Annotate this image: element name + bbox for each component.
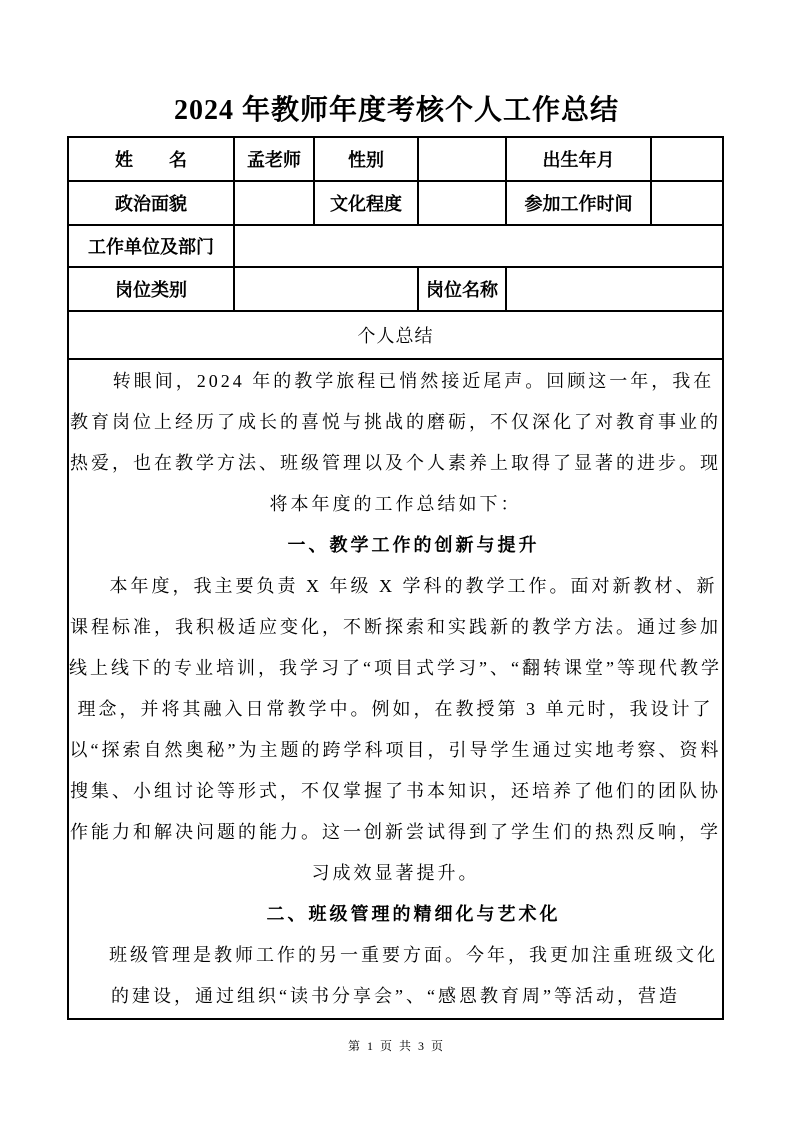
name-label-cell: 姓 名: [68, 137, 234, 181]
summary-header: 个人总结: [68, 311, 723, 359]
name-value-cell: 孟老师: [234, 137, 314, 181]
table-row-post: 岗位类别 岗位名称: [68, 267, 723, 311]
political-status-value-cell: [234, 181, 314, 225]
info-table: 姓 名 孟老师 性别 出生年月 政治面貌 文化程度 参加工作时间 工作单位及部门: [67, 136, 724, 1020]
birth-date-value-cell: [651, 137, 723, 181]
gender-value-cell: [418, 137, 506, 181]
post-type-label-cell: 岗位类别: [68, 267, 234, 311]
work-start-label-cell: 参加工作时间: [506, 181, 651, 225]
gender-label-cell: 性别: [314, 137, 418, 181]
summary-paragraph-intro: 转眼间，2024 年的教学旅程已悄然接近尾声。回顾这一年，我在教育岗位上经历了成…: [69, 361, 722, 525]
table-row-political-education-workstart: 政治面貌 文化程度 参加工作时间: [68, 181, 723, 225]
table-row-summary-header: 个人总结: [68, 311, 723, 359]
table-row-work-unit: 工作单位及部门: [68, 225, 723, 267]
work-start-value-cell: [651, 181, 723, 225]
section-heading-class-mgmt: 二、班级管理的精细化与艺术化: [69, 894, 722, 935]
birth-date-label-cell: 出生年月: [506, 137, 651, 181]
summary-body-cell: 转眼间，2024 年的教学旅程已悄然接近尾声。回顾这一年，我在教育岗位上经历了成…: [68, 359, 723, 1019]
summary-paragraph-teaching: 本年度，我主要负责 X 年级 X 学科的教学工作。面对新教材、新课程标准，我积极…: [69, 566, 722, 894]
post-type-value-cell: [234, 267, 418, 311]
work-unit-value-cell: [234, 225, 723, 267]
summary-paragraph-class-mgmt: 班级管理是教师工作的另一重要方面。今年，我更加注重班级文化的建设，通过组织“读书…: [69, 935, 722, 1017]
post-name-label-cell: 岗位名称: [418, 267, 506, 311]
political-status-label-cell: 政治面貌: [68, 181, 234, 225]
page-footer: 第 1 页 共 3 页: [0, 1037, 793, 1054]
page-title: 2024 年教师年度考核个人工作总结: [0, 0, 793, 128]
post-name-value-cell: [506, 267, 723, 311]
document-page: 2024 年教师年度考核个人工作总结 姓 名 孟老师 性别 出生年月 政治面貌 …: [0, 0, 793, 1122]
work-unit-label-cell: 工作单位及部门: [68, 225, 234, 267]
education-level-value-cell: [418, 181, 506, 225]
table-row-summary-body: 转眼间，2024 年的教学旅程已悄然接近尾声。回顾这一年，我在教育岗位上经历了成…: [68, 359, 723, 1019]
section-heading-teaching: 一、教学工作的创新与提升: [69, 525, 722, 566]
education-level-label-cell: 文化程度: [314, 181, 418, 225]
table-row-name-gender-birth: 姓 名 孟老师 性别 出生年月: [68, 137, 723, 181]
